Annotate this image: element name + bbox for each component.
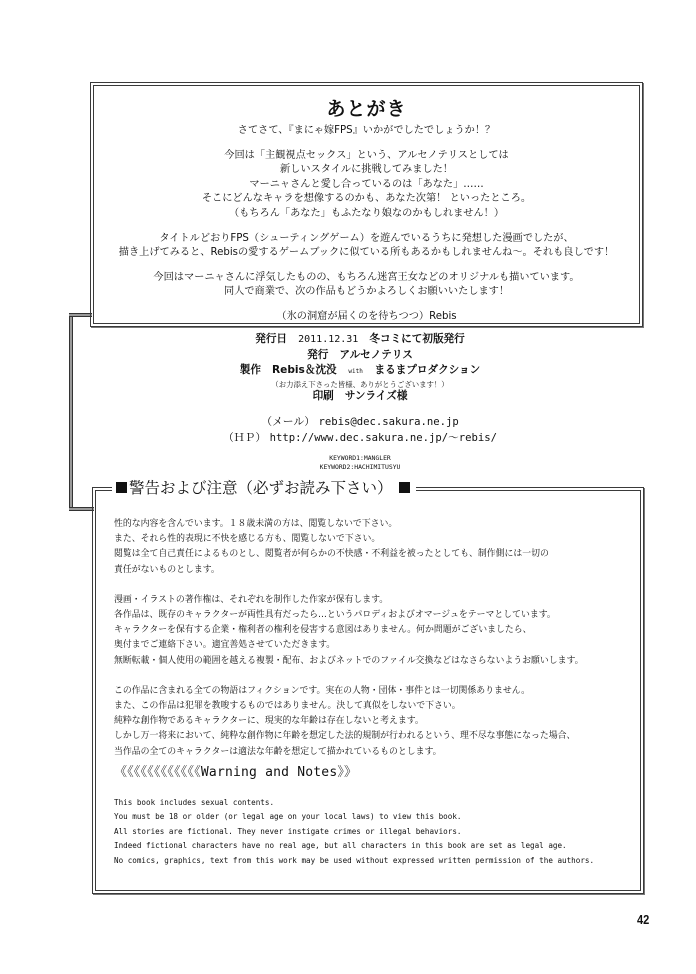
english-warning-line: All stories are fictional. They never in… bbox=[114, 825, 594, 839]
warning-line: 漫画・イラストの著作権は、それぞれを制作した作家が保有します。 bbox=[114, 593, 583, 608]
warning-line: 各作品は、既存のキャラクターが両性具有だったら…というパロディおよびオマージュを… bbox=[114, 608, 583, 623]
issue-label: 発行日 bbox=[255, 333, 287, 345]
connector-line bbox=[69, 314, 73, 511]
contact-block: （メール） rebis@dec.sakura.ne.jp （ＨＰ） http:/… bbox=[150, 414, 570, 446]
issue-note: 冬コミにて初版発行 bbox=[369, 333, 464, 345]
english-warning-line: Indeed fictional characters have no real… bbox=[114, 839, 594, 853]
afterword-line: 同人で商業で、次の作品もどうかよろしくお願いいたします！ bbox=[94, 285, 639, 300]
with-label: with bbox=[348, 368, 362, 375]
production-label: 製作 bbox=[240, 364, 261, 376]
english-warning-line: This book includes sexual contents. bbox=[114, 796, 594, 810]
printing-row: 印刷 サンライズ様 bbox=[150, 389, 570, 405]
afterword-line: 新しいスタイルに挑戦してみました！ bbox=[94, 163, 639, 178]
afterword-line: 今回は「主観視点セックス」という、アルセノテリスとしては bbox=[94, 149, 639, 164]
colophon: 発行日 2011.12.31 冬コミにて初版発行 発行 アルセノテリス 製作 R… bbox=[150, 332, 570, 472]
warning-line: また、それら性的表現に不快を感じる方も、閲覧しないで下さい。 bbox=[114, 532, 583, 547]
thanks-note: （お力添え下さった皆様、ありがとうございます！） bbox=[150, 380, 570, 389]
afterword-line: タイトルどおりFPS（シューティングゲーム）を遊んでいるうちに発想した漫画でした… bbox=[94, 232, 639, 247]
afterword-line: 今回はマーニャさんに浮気したものの、もちろん迷宮王女などのオリジナルも描いていま… bbox=[94, 271, 639, 286]
warning-line: 性的な内容を含んでいます。１８歳未満の方は、閲覧しないで下さい。 bbox=[114, 517, 583, 532]
warnings-heading-text: 警告および注意（必ずお読み下さい） bbox=[129, 479, 393, 497]
warning-line: また、この作品は犯罪を教唆するものではありません。決して真似をしないで下さい。 bbox=[114, 699, 583, 714]
english-warning-title: 《《《《《《《《《《《《Warning and Notes》》 bbox=[114, 764, 357, 782]
keyword-1: KEYWORD1:MANGLER bbox=[150, 454, 570, 463]
warning-line: しかし万一将来において、純粋な創作物に年齢を想定した法的規制が行われるという、理… bbox=[114, 729, 583, 744]
hp-row: （ＨＰ） http://www.dec.sakura.ne.jp/～rebis/ bbox=[150, 430, 570, 446]
connector-line bbox=[69, 507, 94, 511]
issue-date: 2011.12.31 bbox=[298, 334, 358, 345]
page-number: 42 bbox=[637, 912, 649, 927]
printing-label: 印刷 bbox=[313, 390, 334, 402]
warning-line: 責任がないものとします。 bbox=[114, 563, 583, 578]
connector-line bbox=[69, 313, 92, 317]
afterword-body: さてさて、『まにゃ嫁FPS』いかがでしたでしょうか！？ 今回は「主観視点セックス… bbox=[94, 124, 639, 325]
publisher: アルセノテリス bbox=[339, 349, 412, 361]
afterword-line: そこにどんなキャラを想像するのかも、あなた次第！ といったところ。 bbox=[94, 192, 639, 207]
black-square-icon bbox=[116, 482, 127, 493]
warning-line: 当作品の全てのキャラクターは適法な年齢を想定して描かれているものとします。 bbox=[114, 745, 583, 760]
production-row: 製作 Rebis＆沈没 with まるまプロダクション bbox=[150, 363, 570, 380]
afterword-signature: （氷の洞窟が届くのを待ちつつ）Rebis bbox=[94, 310, 639, 325]
production-primary: Rebis＆沈没 bbox=[272, 364, 337, 376]
hp-label: （ＨＰ） bbox=[223, 431, 266, 444]
afterword-line: （もちろん「あなた」もふたなり娘なのかもしれません！） bbox=[94, 207, 639, 222]
english-warning-line: No comics, graphics, text from this work… bbox=[114, 854, 594, 868]
publisher-row: 発行 アルセノテリス bbox=[150, 348, 570, 364]
warning-line: キャラクターを保有する企業・権利者の権利を侵害する意図はありません。何か問題がご… bbox=[114, 623, 583, 638]
afterword-line: 描き上げてみると、Rebisの愛するゲームブックに似ている所もあるかもしれません… bbox=[94, 246, 639, 261]
mail-link[interactable]: rebis@dec.sakura.ne.jp bbox=[318, 416, 458, 428]
issue-date-row: 発行日 2011.12.31 冬コミにて初版発行 bbox=[150, 332, 570, 348]
english-warning-line: You must be 18 or older (or legal age on… bbox=[114, 810, 594, 824]
warning-line: 純粋な創作物であるキャラクターに、現実的な年齢は存在しないと考えます。 bbox=[114, 714, 583, 729]
hp-link[interactable]: http://www.dec.sakura.ne.jp/～rebis/ bbox=[270, 432, 497, 444]
warnings-heading: 警告および注意（必ずお読み下さい） bbox=[112, 478, 416, 498]
warning-line: この作品に含まれる全ての物語はフィクションです。実在の人物・団体・事件とは一切関… bbox=[114, 684, 583, 699]
publisher-label: 発行 bbox=[307, 349, 328, 361]
production-secondary: まるまプロダクション bbox=[375, 364, 481, 376]
warning-line: 閲覧は全て自己責任によるものとし、閲覧者が何らかの不快感・不利益を被ったとしても… bbox=[114, 547, 583, 562]
keyword-2: KEYWORD2:HACHIMITUSYU bbox=[150, 463, 570, 472]
mail-label: （メール） bbox=[261, 415, 315, 428]
afterword-title: あとがき bbox=[94, 94, 639, 121]
black-square-icon bbox=[399, 482, 410, 493]
warning-line: 奥付までご連絡下さい。適宜善処させていただきます。 bbox=[114, 638, 583, 653]
afterword-box: あとがき さてさて、『まにゃ嫁FPS』いかがでしたでしょうか！？ 今回は「主観視… bbox=[90, 82, 643, 327]
keywords: KEYWORD1:MANGLER KEYWORD2:HACHIMITUSYU bbox=[150, 454, 570, 472]
warnings-english: This book includes sexual contents. You … bbox=[114, 796, 594, 868]
afterword-line: さてさて、『まにゃ嫁FPS』いかがでしたでしょうか！？ bbox=[94, 124, 639, 139]
afterword-line: マーニャさんと愛し合っているのは「あなた」…… bbox=[94, 178, 639, 193]
mail-row: （メール） rebis@dec.sakura.ne.jp bbox=[150, 414, 570, 430]
printer: サンライズ様 bbox=[345, 390, 408, 402]
warnings-japanese: 性的な内容を含んでいます。１８歳未満の方は、閲覧しないで下さい。 また、それら性… bbox=[114, 517, 583, 760]
warning-line: 無断転載・個人使用の範囲を越える複製・配布、およびネットでのファイル交換などはな… bbox=[114, 654, 583, 669]
